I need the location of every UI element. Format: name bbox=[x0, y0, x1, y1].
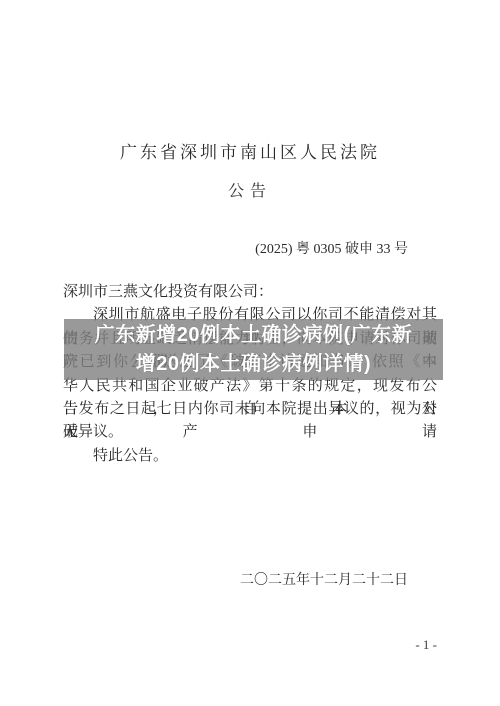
overlay-headline-line2: 增20例本土确诊病例详情) bbox=[136, 350, 371, 379]
document-page: 广东省深圳市南山区人民法院 公告 (2025) 粤 0305 破申 33 号 深… bbox=[0, 0, 500, 706]
overlay-headline-line1: 广东新增20例本土确诊病例(广东新 bbox=[95, 321, 412, 350]
case-number: (2025) 粤 0305 破申 33 号 bbox=[0, 238, 408, 258]
doc-type-title: 公告 bbox=[0, 178, 500, 201]
page-number: - 1 - bbox=[415, 637, 437, 653]
addressee-line: 深圳市三燕文化投资有限公司： bbox=[63, 281, 437, 304]
court-title: 广东省深圳市南山区人民法院 bbox=[0, 138, 500, 163]
closing-line: 特此公告。 bbox=[63, 445, 437, 468]
body-line: 告发布之日起七日内你司未向本院提出异议的，视为对破产申请 bbox=[63, 398, 437, 421]
overlay-headline-banner: 广东新增20例本土确诊病例(广东新 增20例本土确诊病例详情) bbox=[64, 319, 443, 380]
signature-date: 二〇二五年十二月二十二日 bbox=[0, 569, 408, 589]
